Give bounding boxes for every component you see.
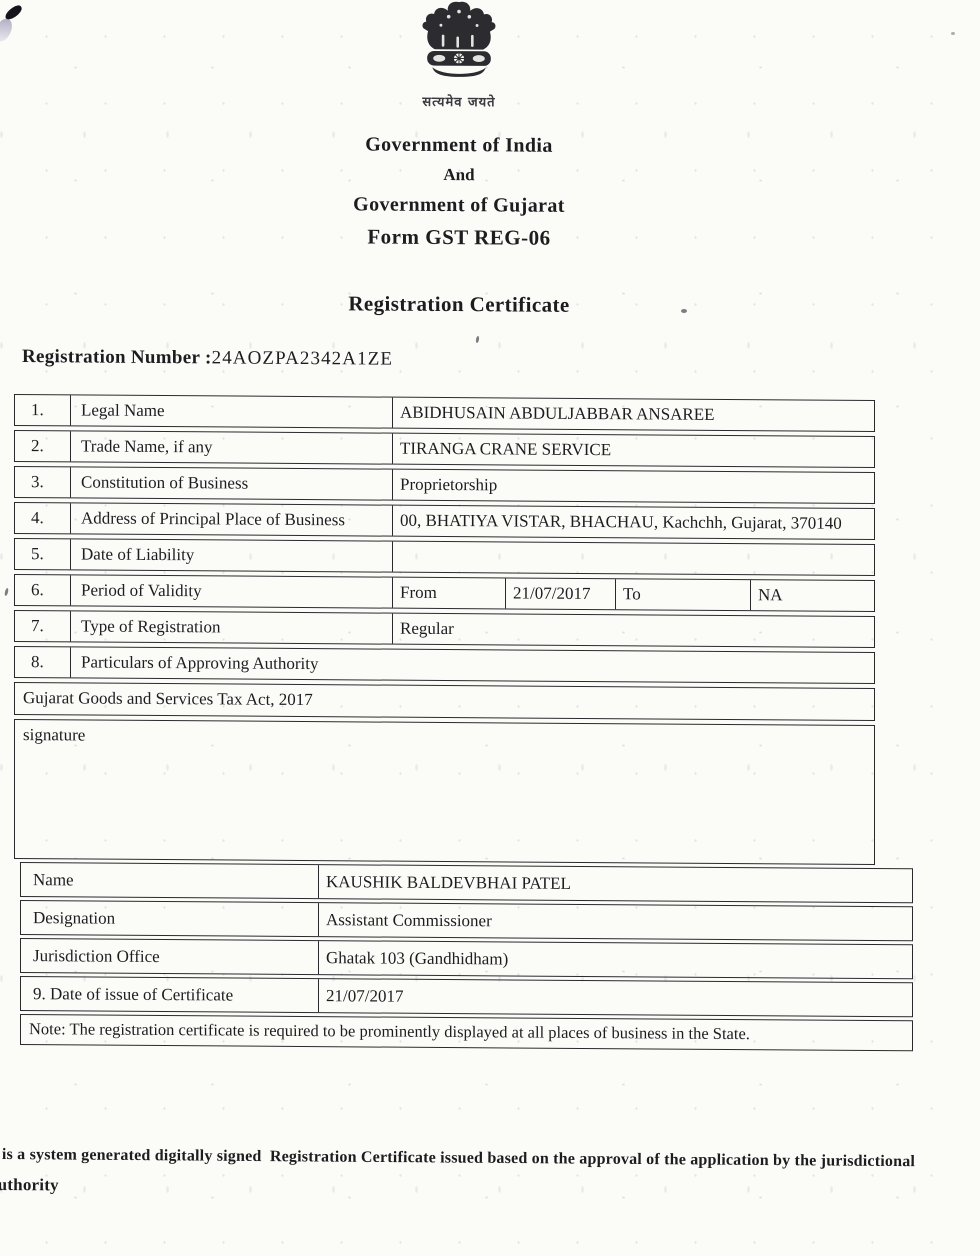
table-row: 3. Constitution of Business Proprietorsh… xyxy=(14,466,875,504)
label-cell: Constitution of Business xyxy=(71,467,393,499)
label-cell: 9. Date of issue of Certificate xyxy=(21,977,319,1012)
table-row: 5. Date of Liability xyxy=(14,538,875,576)
footer-line-2: uthority xyxy=(0,1175,978,1203)
scan-artifact xyxy=(951,32,955,35)
value-cell xyxy=(393,542,874,575)
signature-row: signature xyxy=(14,719,875,865)
serial-cell: 1. xyxy=(15,395,71,425)
serial-cell: 5. xyxy=(15,539,71,569)
footer-line-1: is a system generated digitally signed R… xyxy=(2,1146,978,1172)
serial-cell: 6. xyxy=(15,575,71,605)
value-cell: TIRANGA CRANE SERVICE xyxy=(393,434,874,467)
ashoka-emblem-icon xyxy=(14,0,904,93)
scan-artifact xyxy=(4,588,9,596)
label-cell: Date of Liability xyxy=(71,539,393,571)
value-cell: KAUSHIK BALDEVBHAI PATEL xyxy=(319,865,912,902)
table-row: Jurisdiction Office Ghatak 103 (Gandhidh… xyxy=(20,938,913,979)
table-row: 4. Address of Principal Place of Busines… xyxy=(14,502,875,540)
label-cell: Designation xyxy=(21,901,319,936)
label-cell: Name xyxy=(21,863,319,898)
national-motto: सत्यमेव जयते xyxy=(14,89,904,113)
table-row: 8. Particulars of Approving Authority xyxy=(14,646,875,684)
period-from-label: From xyxy=(393,578,505,609)
period-from-value: 21/07/2017 xyxy=(505,578,615,609)
label-cell: Particulars of Approving Authority xyxy=(71,647,874,683)
footer-statement: is a system generated digitally signed R… xyxy=(2,1146,978,1203)
serial-cell: 4. xyxy=(15,503,71,533)
registration-number-line: Registration Number :24AOZPA2342A1ZE xyxy=(22,346,904,374)
period-to-value: NA xyxy=(750,580,874,611)
serial-cell: 8. xyxy=(15,647,71,677)
label-cell: Address of Principal Place of Business xyxy=(71,503,393,535)
label-cell: Type of Registration xyxy=(71,611,393,643)
table-row: Name KAUSHIK BALDEVBHAI PATEL xyxy=(20,862,913,903)
value-cell: 00, BHATIYA VISTAR, BHACHAU, Kachchh, Gu… xyxy=(393,506,874,539)
serial-cell: 7. xyxy=(15,611,71,641)
label-cell: Period of Validity xyxy=(71,575,393,607)
serial-cell: 3. xyxy=(15,467,71,497)
form-number: Form GST REG-06 xyxy=(14,222,904,253)
validity-cells: From 21/07/2017 To NA xyxy=(393,578,874,611)
table-row: 6. Period of Validity From 21/07/2017 To… xyxy=(14,574,875,612)
approving-authority-table: Name KAUSHIK BALDEVBHAI PATEL Designatio… xyxy=(20,862,913,1051)
value-cell: Regular xyxy=(393,614,874,647)
table-row: 1. Legal Name ABIDHUSAIN ABDULJABBAR ANS… xyxy=(14,394,875,432)
table-row: 7. Type of Registration Regular xyxy=(14,610,875,648)
period-to-label: To xyxy=(615,579,750,610)
table-row: 2. Trade Name, if any TIRANGA CRANE SERV… xyxy=(14,430,875,468)
registration-number-label: Registration Number : xyxy=(22,346,212,368)
certificate-title: Registration Certificate xyxy=(14,289,904,320)
value-cell: Assistant Commissioner xyxy=(319,903,912,940)
registration-details-table: 1. Legal Name ABIDHUSAIN ABDULJABBAR ANS… xyxy=(14,394,875,865)
note-row: Note: The registration certificate is re… xyxy=(20,1014,913,1051)
act-row: Gujarat Goods and Services Tax Act, 2017 xyxy=(14,682,875,721)
government-of-gujarat-line: Government of Gujarat xyxy=(14,191,904,220)
value-cell: 21/07/2017 xyxy=(319,979,912,1016)
value-cell: Proprietorship xyxy=(393,470,874,503)
label-cell: Legal Name xyxy=(71,395,393,427)
value-cell: Ghatak 103 (Gandhidham) xyxy=(319,941,912,978)
certificate-page: सत्यमेव जयते Government of India And Gov… xyxy=(14,0,904,1051)
registration-number-value: 24AOZPA2342A1ZE xyxy=(212,347,394,369)
serial-cell: 2. xyxy=(15,431,71,461)
government-of-india-line: Government of India xyxy=(14,131,904,160)
value-cell: ABIDHUSAIN ABDULJABBAR ANSAREE xyxy=(393,398,874,431)
table-row: Designation Assistant Commissioner xyxy=(20,900,913,941)
label-cell: Trade Name, if any xyxy=(71,431,393,463)
and-line: And xyxy=(14,162,904,188)
table-row: 9. Date of issue of Certificate 21/07/20… xyxy=(20,976,913,1017)
label-cell: Jurisdiction Office xyxy=(21,939,319,974)
